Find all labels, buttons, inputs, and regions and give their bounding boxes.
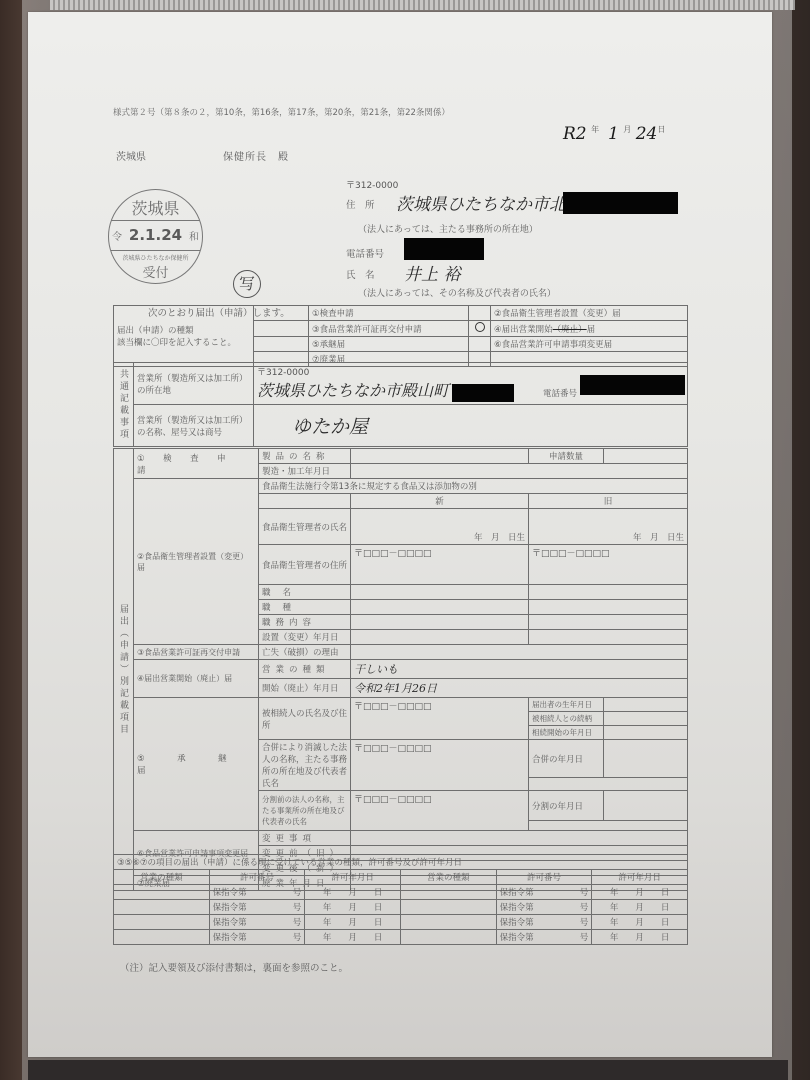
notification-type-table: 届出（申請）の種類 該当欄に〇印を記入すること。 ①検査申請 ②食品衛生管理者設… [113, 305, 688, 367]
phone-label: 電話番号 [346, 246, 384, 260]
name-label: 氏 名 [346, 267, 375, 281]
business-type: 干しいも [354, 663, 398, 676]
selection-mark[interactable] [469, 321, 491, 337]
prefecture: 茨城県 [116, 148, 146, 163]
redaction [580, 375, 685, 395]
name-note: （法人にあっては、その名称及び代表者の氏名） [358, 286, 556, 299]
notification-type-label: 届出（申請）の種類 該当欄に〇印を記入すること。 [114, 306, 254, 367]
copy-stamp: 写 [233, 270, 261, 298]
address-note: （法人にあっては、主たる事務所の所在地） [358, 222, 538, 235]
option-start-closure: ④届出営業開始（廃止）届 [491, 321, 688, 337]
start-date: 令和2年1月26日 [354, 682, 437, 695]
permit-row: 号保指令第年 月 日号保指令第年 月 日 [114, 930, 688, 945]
permits-heading: ③⑤⑥⑦の項目の届出（申請）に係る現に受けている営業の種類，許可番号及び許可年月… [114, 855, 688, 870]
address-label: 住 所 [346, 197, 375, 211]
redaction [452, 384, 514, 402]
sleeve-edge [50, 0, 795, 10]
permit-row: 号保指令第年 月 日号保指令第年 月 日 [114, 915, 688, 930]
footnote: （注）記入要領及び添付書類は，裏面を参照のこと。 [120, 960, 348, 974]
permits-table: ③⑤⑥⑦の項目の届出（申請）に係る現に受けている営業の種類，許可番号及び許可年月… [113, 854, 688, 945]
applicant-name: 井上 裕 [404, 260, 460, 285]
addressee: 保健所長 殿 [223, 148, 289, 163]
submission-date: R2 年 1 月 24日 [563, 124, 665, 144]
form-number: 様式第２号（第８条の２，第10条，第16条，第17条，第20条，第21条，第22… [113, 106, 450, 118]
common-items-table: 共通記載事項 営業所（製造所又は加工所）の所在地 〒312-0000 茨城県ひた… [113, 362, 688, 447]
business-name: ゆたか屋 [292, 416, 368, 438]
redaction [404, 238, 484, 260]
form-sheet: 様式第２号（第８条の２，第10条，第16条，第17条，第20条，第21条，第22… [28, 12, 772, 1057]
permit-row: 号保指令第年 月 日号保指令第年 月 日 [114, 900, 688, 915]
reception-stamp: 茨城県 令 2.1.24 和 茨城県ひたちなか保健所 受付 [108, 189, 203, 284]
permit-row: 号保指令第年 月 日号保指令第年 月 日 [114, 885, 688, 900]
background-surface [28, 1060, 788, 1080]
details-table: 届出（申請）別記載項目 ① 検 査 申 請 製品の名称 申請数量 製造・加工年月… [113, 448, 688, 891]
business-location: 茨城県ひたちなか市殿山町 [257, 381, 449, 400]
applicant-postal: 〒312-0000 [346, 178, 398, 191]
redaction [563, 192, 678, 214]
